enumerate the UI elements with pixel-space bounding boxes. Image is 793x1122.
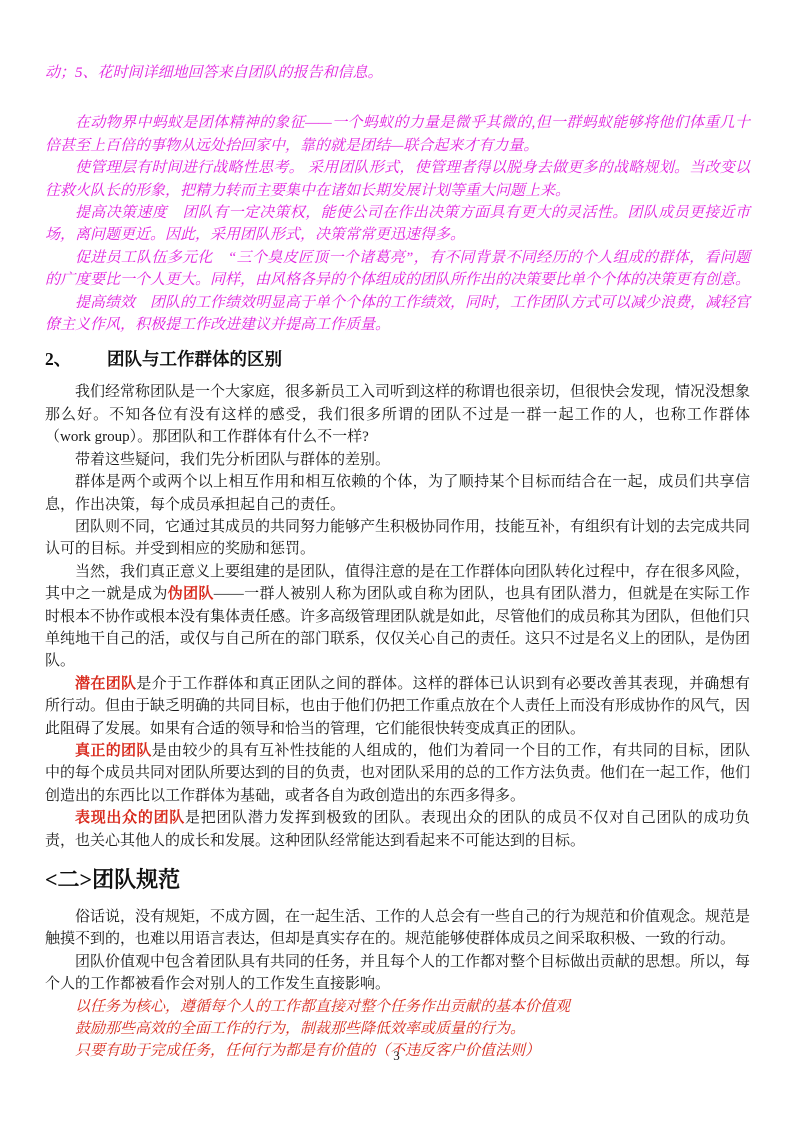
paragraph-strategic-thinking: 使管理层有时间进行战略性思考。 采用团队形式，使管理者得以脱身去做更多的战略规划…: [45, 157, 750, 202]
real-team-term: 真正的团队: [75, 743, 152, 759]
heading-title: 团队与工作群体的区别: [107, 349, 282, 369]
pseudo-team-term: 伪团队: [168, 586, 214, 602]
paragraph-pseudo-team: 当然，我们真正意义上要组建的是团队，值得注意的是在工作群体向团队转化过程中，存在…: [45, 561, 750, 673]
potential-team-term: 潜在团队: [75, 676, 136, 692]
outstanding-team-term: 表现出众的团队: [75, 810, 185, 826]
paragraph-outstanding-team: 表现出众的团队是把团队潜力发挥到极致的团队。表现出众的团队的成员不仅对自己团队的…: [45, 807, 750, 852]
paragraph-group-definition: 群体是两个或两个以上相互作用和相互依赖的个体，为了顺持某个目标而结合在一起，成员…: [45, 471, 750, 516]
red-rule-line-2: 鼓励那些高效的全面工作的行为，制裁那些降低效率或质量的行为。: [75, 1018, 750, 1040]
red-rule-line-1: 以任务为核心，遵循每个人的工作都直接对整个任务作出贡献的基本价值观: [75, 996, 750, 1018]
paragraph-team-values: 团队价值观中包含着团队具有共同的任务，并且每个人的工作都对整个目标做出贡献的思想…: [45, 951, 750, 996]
paragraph-decision-speed: 提高决策速度 团队有一定决策权，能使公司在作出决策方面具有更大的灵活性。团队成员…: [45, 202, 750, 247]
paragraph-performance: 提高绩效 团队的工作绩效明显高于单个个体的工作绩效，同时，工作团队方式可以减少浪…: [45, 292, 750, 337]
section-heading-team-vs-group: 2、团队与工作群体的区别: [45, 346, 750, 372]
document-page: 动；5、花时间详细地回答来自团队的报告和信息。 在动物界中蚂蚁是团体精神的象征—…: [0, 0, 793, 1122]
paragraph-norms-intro: 俗话说，没有规矩，不成方圆，在一起生活、工作的人总会有一些自己的行为规范和价值观…: [45, 906, 750, 951]
paragraph-questions: 带着这些疑问，我们先分析团队与群体的差别。: [45, 449, 750, 471]
paragraph-big-family: 我们经常称团队是一个大家庭，很多新员工入司听到这样的称谓也很亲切，但很快会发现，…: [45, 381, 750, 448]
heading-number: 2、: [45, 346, 107, 372]
paragraph-ant-metaphor: 在动物界中蚂蚁是团体精神的象征——一个蚂蚁的力量是微乎其微的,但一群蚂蚁能够将他…: [45, 112, 750, 157]
paragraph-diversity: 促进员工队伍多元化 “三个臭皮匠顶一个诸葛亮”，有不同背景不同经历的个人组成的群…: [45, 247, 750, 292]
paragraph-team-definition: 团队则不同，它通过其成员的共同努力能够产生积极协同作用，技能互补，有组织有计划的…: [45, 516, 750, 561]
paragraph-potential-team: 潜在团队是介于工作群体和真正团队之间的群体。这样的群体已认识到有必要改善其表现，…: [45, 673, 750, 740]
paragraph-continuation: 动；5、花时间详细地回答来自团队的报告和信息。: [45, 62, 750, 84]
paragraph-real-team: 真正的团队是由较少的具有互补性技能的人组成的，他们为着同一个目的工作，有共同的目…: [45, 740, 750, 807]
potential-team-rest: 是介于工作群体和真正团队之间的群体。这样的群体已认识到有必要改善其表现，并确想有…: [45, 676, 750, 737]
page-content: 动；5、花时间详细地回答来自团队的报告和信息。 在动物界中蚂蚁是团体精神的象征—…: [0, 0, 793, 1063]
section-heading-team-norms: <二>团队规范: [45, 865, 750, 895]
page-number: 3: [0, 1048, 793, 1064]
